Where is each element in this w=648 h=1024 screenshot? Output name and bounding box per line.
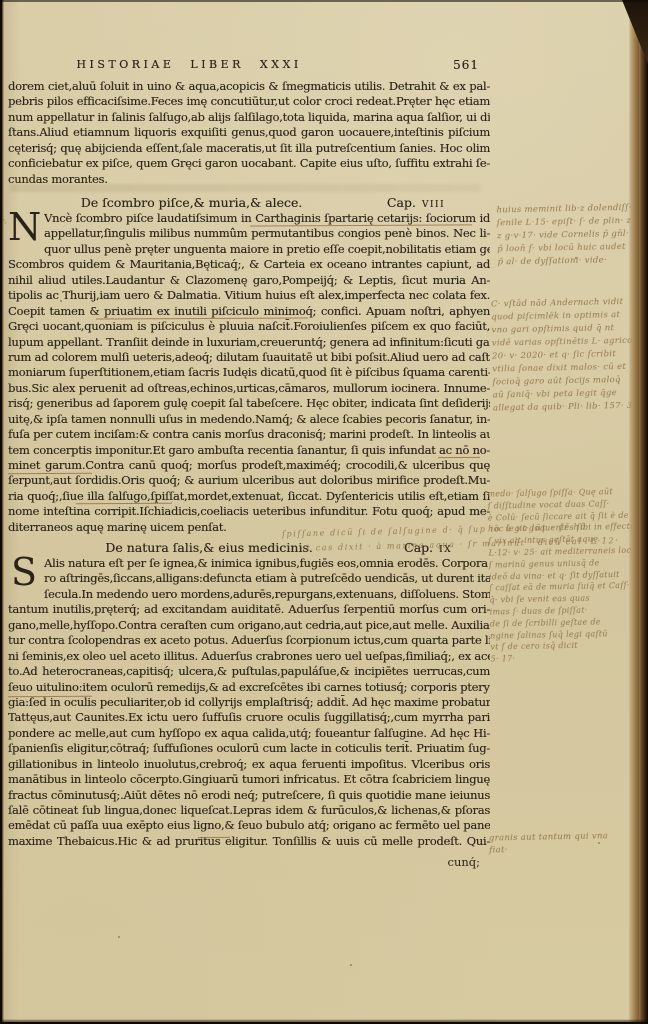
printed-text-line: conficiebatur ex piſce, quem Gręci garon…: [8, 156, 490, 171]
printed-text-line: maxime Thebaicus.Hic & ad pruritus eligi…: [8, 834, 490, 849]
book-page-photo: HISTORIAE LIBER XXXI 561 dorem ciet,aluū…: [0, 0, 648, 1024]
bottom-edge: [0, 1019, 648, 1024]
paragraph-continuation: dorem ciet,aluū ſoluit in uino & aqua,ac…: [8, 79, 490, 187]
printed-text-line: gano,melle,hyſſopo.Contra ceraſten cum o…: [8, 618, 490, 633]
paper-speck: [118, 936, 120, 938]
marginalia-block-a: huius meminit lib·z dolendiſſ·ſenile L·1…: [496, 202, 647, 270]
running-title: HISTORIAE LIBER XXXI: [76, 58, 301, 71]
printed-text-line: bus.Sic alex peruenit ad oſtreas,echinos…: [8, 381, 490, 396]
chapter-9-title: De natura ſalis,& eius medicinis.: [105, 540, 312, 555]
printed-text-line: ſtans.Aliud etiamnum liquoris exquiſiti …: [8, 125, 490, 140]
chapter-9-body: S Alis natura eſt per ſe ignea,& inimica…: [8, 556, 490, 849]
printed-text-line: quor ullus penè pręter unguenta maiore i…: [44, 242, 490, 257]
chapter-8-cap: Cap.viii: [387, 195, 445, 210]
marginalia-block-b: C· vſtād nād Andernach viditquod piſciml…: [491, 295, 648, 415]
printed-text-line: fuſa per cutem inciſam:& contra canis mo…: [8, 427, 490, 442]
printed-text-line: uitę,& ipſa tamen nonnulli uſus in meden…: [8, 412, 490, 427]
ink-underline: [438, 457, 480, 458]
cap-label: Cap.: [387, 195, 416, 210]
printed-text-line: pebris pilos efficaciſsime.Feces imę con…: [8, 94, 490, 109]
printed-text-line: pondere ac melle,aut cum hyſſopo ex aqua…: [8, 726, 490, 741]
printed-text-line: Coepit tamen & priuatim ex inutili piſci…: [8, 304, 490, 319]
printed-text-line: Scombros quidem & Mauritania,Bęticaq́;, …: [8, 257, 490, 272]
printed-text-line: risq́; generibus ad ſaporem gulę coepit …: [8, 396, 490, 411]
printed-text-line: tantum inutilis,pręterq́; ad excitandam …: [8, 602, 490, 617]
drop-cap-s: S: [8, 557, 40, 587]
chapter-8-heading-row: De ſcombro piſce,& muria,& alece. Cap.vi…: [8, 195, 490, 210]
running-head: HISTORIAE LIBER XXXI 561: [8, 58, 490, 71]
printed-text-line: gia:ſed in oculis peculiariter,ob id col…: [8, 695, 490, 710]
printed-text-line: to.Ad heterocraneas,capitisq́; ulcera,& …: [8, 664, 490, 679]
printed-text-line: ſerpunt,aut ſordidis.Oris quoq́; & auriu…: [8, 473, 490, 488]
printed-text-line: ſecula.In medendo uero mordens,adurēs,re…: [44, 587, 490, 602]
printed-text-line: ria quoq́;,ſiue illa ſalſugo,ſpiſſat,mor…: [8, 489, 490, 504]
marginalia-block-c: medo· ſalſugo ſpiſſa· Quę aūtſ diſſtudin…: [487, 485, 648, 665]
printed-text-line: emēdat cū paſſa uua exēpto eius ligno,& …: [8, 818, 490, 833]
printed-text-line: Tattęus,aut Caunites.Ex ictu uero ſuffuſ…: [8, 710, 490, 725]
printed-text-line: ſalē cōtineat ſub lingua,donec liqueſcat…: [8, 803, 490, 818]
book-fore-edge: [629, 0, 648, 1024]
top-edge: [0, 0, 648, 2]
printed-text-line: cundas morantes.: [8, 172, 490, 187]
printed-text-line: tipolis ac Thurij,iam uero & Dalmatia. V…: [8, 288, 490, 303]
printed-text-line: appellatur,ſingulis milibus nummûm permu…: [44, 226, 490, 241]
printed-text-line: rum ad colorem mulſi ueteris,adeoq́; dil…: [8, 350, 490, 365]
chapter-8-title: De ſcombro piſce,& muria,& alece.: [81, 195, 303, 210]
printed-text-line: moniarum ſuperſtitionem,etiam ſacris Iud…: [8, 365, 490, 380]
chapter-8-body: N Vncè ſcombro piſce laudatiſsimum in Ca…: [8, 211, 490, 535]
printed-text-line: lupum appellant. Tranſiit deinde in luxu…: [8, 335, 490, 350]
printed-text-line: fractus cōminutusq́;.Aiūt dētes nō erodi…: [8, 788, 490, 803]
printed-text-line: minet garum.Contra canū quoq́; morſus pr…: [8, 458, 490, 473]
printed-text-line: nihil aliud utiles.Laudantur & Clazomenę…: [8, 273, 490, 288]
printed-text-line: tur contra ſcolopendras ex aceto potus. …: [8, 633, 490, 648]
ink-underline: [198, 837, 230, 838]
printed-text-line: dorem ciet,aluū ſoluit in uino & aqua,ac…: [8, 79, 490, 94]
drop-cap-n: N: [8, 212, 40, 242]
marginalia-block-d: granis aut tantum qui vnafiat·: [489, 829, 647, 856]
printed-text-line: ſpanienſis eligitur,cōtraq́; ſuffuſiones…: [8, 741, 490, 756]
printed-text-line: ni ſeminis,ex oleo uel aceto illitus. Ad…: [8, 649, 490, 664]
printed-text-line: nome inteſtina corripit.Iſchiadicis,coel…: [8, 504, 490, 519]
printed-text-line: Gręci uocant,quoniam is piſciculus è plu…: [8, 319, 490, 334]
printed-text-line: ro aſtringēs,ſiccans,alligans:defuncta e…: [44, 571, 490, 586]
printed-text-line: cęterisq́; quę abijcienda eſſent,ſale ma…: [8, 141, 490, 156]
paper-speck: [350, 964, 352, 966]
printed-text-line: ſeuo uitulino:item oculorū remedijs,& ad…: [8, 680, 490, 695]
chapter-8-number: viii: [422, 195, 445, 210]
binding-edge: [0, 0, 4, 1024]
printed-text-line: gillationibus in linteolo inuolutus,creb…: [8, 757, 490, 772]
printed-text-line: manātibus in linteolo cōcerpto.Gingiuarū…: [8, 772, 490, 787]
printed-text-line: num appellatur in ſalinis ſalſugo,ab ali…: [8, 110, 490, 125]
chapter-9-lines: Alis natura eſt per ſe ignea,& inimica i…: [8, 556, 490, 849]
printed-text-line: Alis natura eſt per ſe ignea,& inimica i…: [44, 556, 490, 571]
catchword: cunq́;: [8, 855, 490, 869]
chapter-8-lines: Vncè ſcombro piſce laudatiſsimum in Cart…: [8, 211, 490, 535]
printed-text-line: tem concerptis imponitur.Et garo ambuſta…: [8, 443, 490, 458]
page-number: 561: [453, 58, 479, 72]
